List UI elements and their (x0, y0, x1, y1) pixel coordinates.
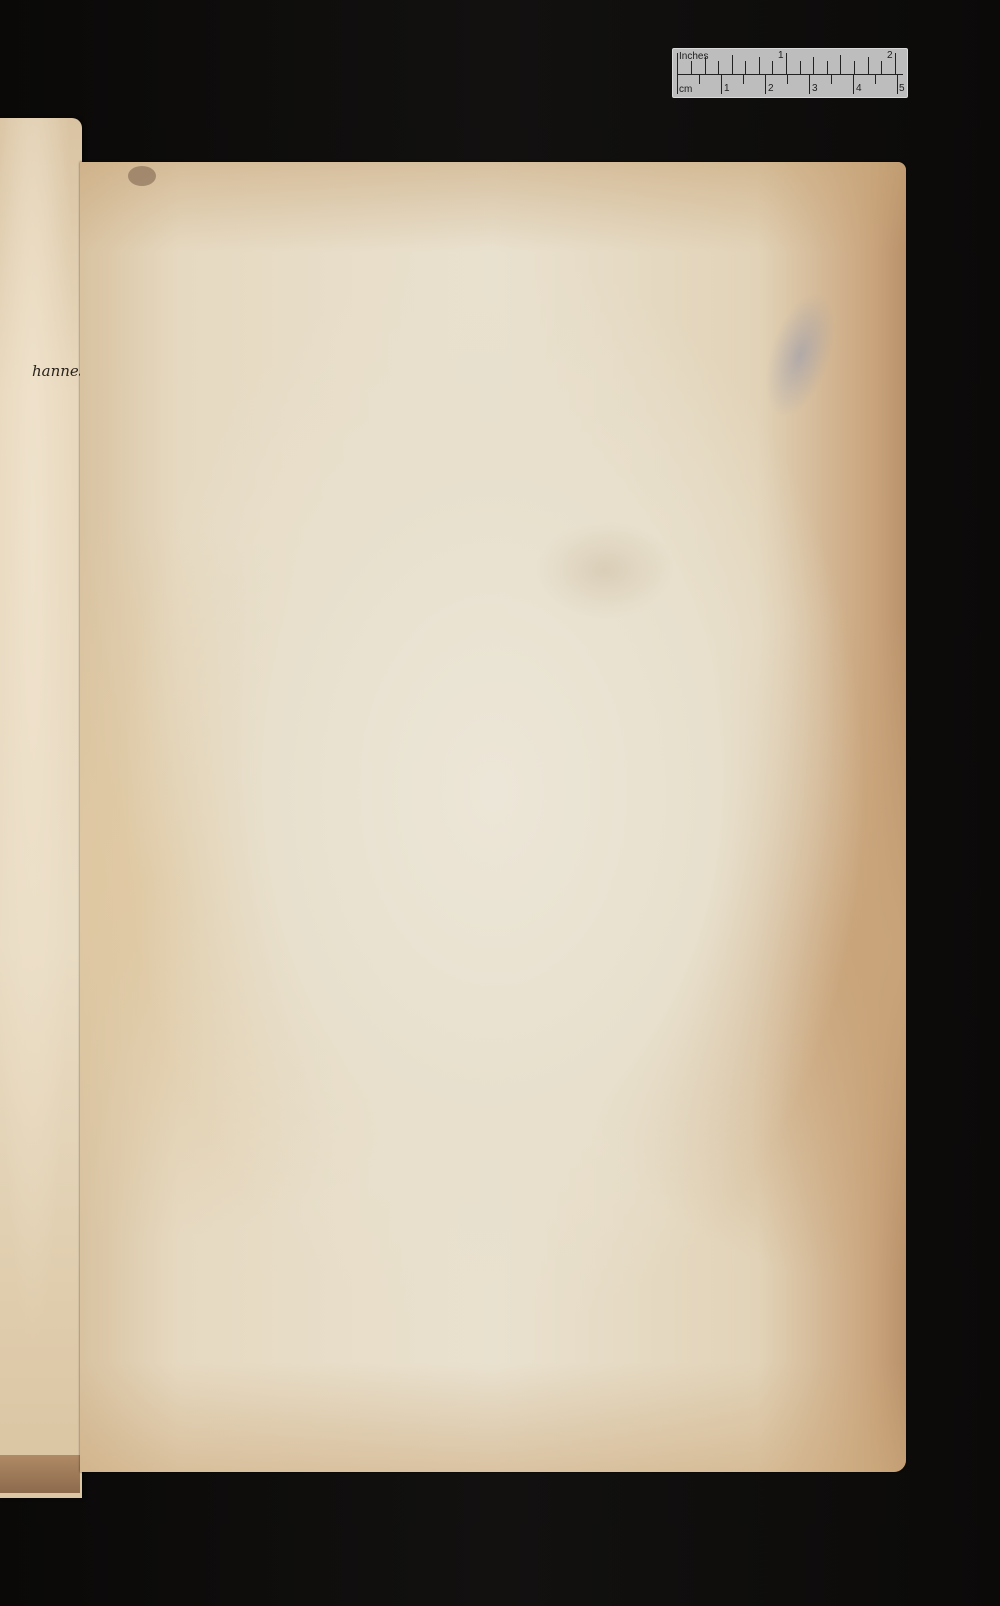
inch-minor-tick (800, 61, 801, 74)
cm-label-5: 5 (899, 83, 905, 94)
cm-half-tick (831, 74, 832, 84)
inch-minor-tick (854, 61, 855, 74)
measurement-scale-bar: Inches cm 1 2 1 2 3 4 5 (672, 48, 908, 98)
cm-tick-2 (765, 74, 766, 94)
inch-minor-tick (813, 57, 814, 74)
cm-label: cm (679, 84, 692, 95)
inch-minor-tick (732, 55, 733, 74)
cm-label-2: 2 (768, 83, 774, 94)
cm-half-tick (787, 74, 788, 84)
cm-tick-4 (853, 74, 854, 94)
cm-tick-1 (721, 74, 722, 94)
inch-minor-tick (881, 61, 882, 74)
cm-half-tick (699, 74, 700, 84)
inch-minor-tick (772, 61, 773, 74)
inch-tick-0 (677, 53, 678, 74)
inch-tick-1 (786, 53, 787, 74)
inch-minor-tick (705, 57, 706, 74)
facing-page-binding-edge (0, 1455, 80, 1493)
cm-label-4: 4 (856, 83, 862, 94)
scale-midline (677, 74, 903, 75)
inch-minor-tick (745, 61, 746, 74)
ink-stain (128, 166, 156, 186)
inch-label-2: 2 (887, 50, 893, 61)
inch-label-1: 1 (778, 50, 784, 61)
inch-minor-tick (840, 55, 841, 74)
cm-half-tick (743, 74, 744, 84)
cm-tick-3 (809, 74, 810, 94)
cm-tick-5 (897, 74, 898, 94)
cm-label-3: 3 (812, 83, 818, 94)
inch-minor-tick (827, 61, 828, 74)
inch-minor-tick (718, 61, 719, 74)
facing-page-left (0, 118, 82, 1498)
inch-minor-tick (868, 57, 869, 74)
cm-label-1: 1 (724, 83, 730, 94)
inch-minor-tick (759, 57, 760, 74)
water-stain (535, 520, 675, 620)
cm-tick-0 (677, 74, 678, 94)
cm-half-tick (875, 74, 876, 84)
inch-tick-2 (895, 53, 896, 74)
inch-minor-tick (691, 61, 692, 74)
